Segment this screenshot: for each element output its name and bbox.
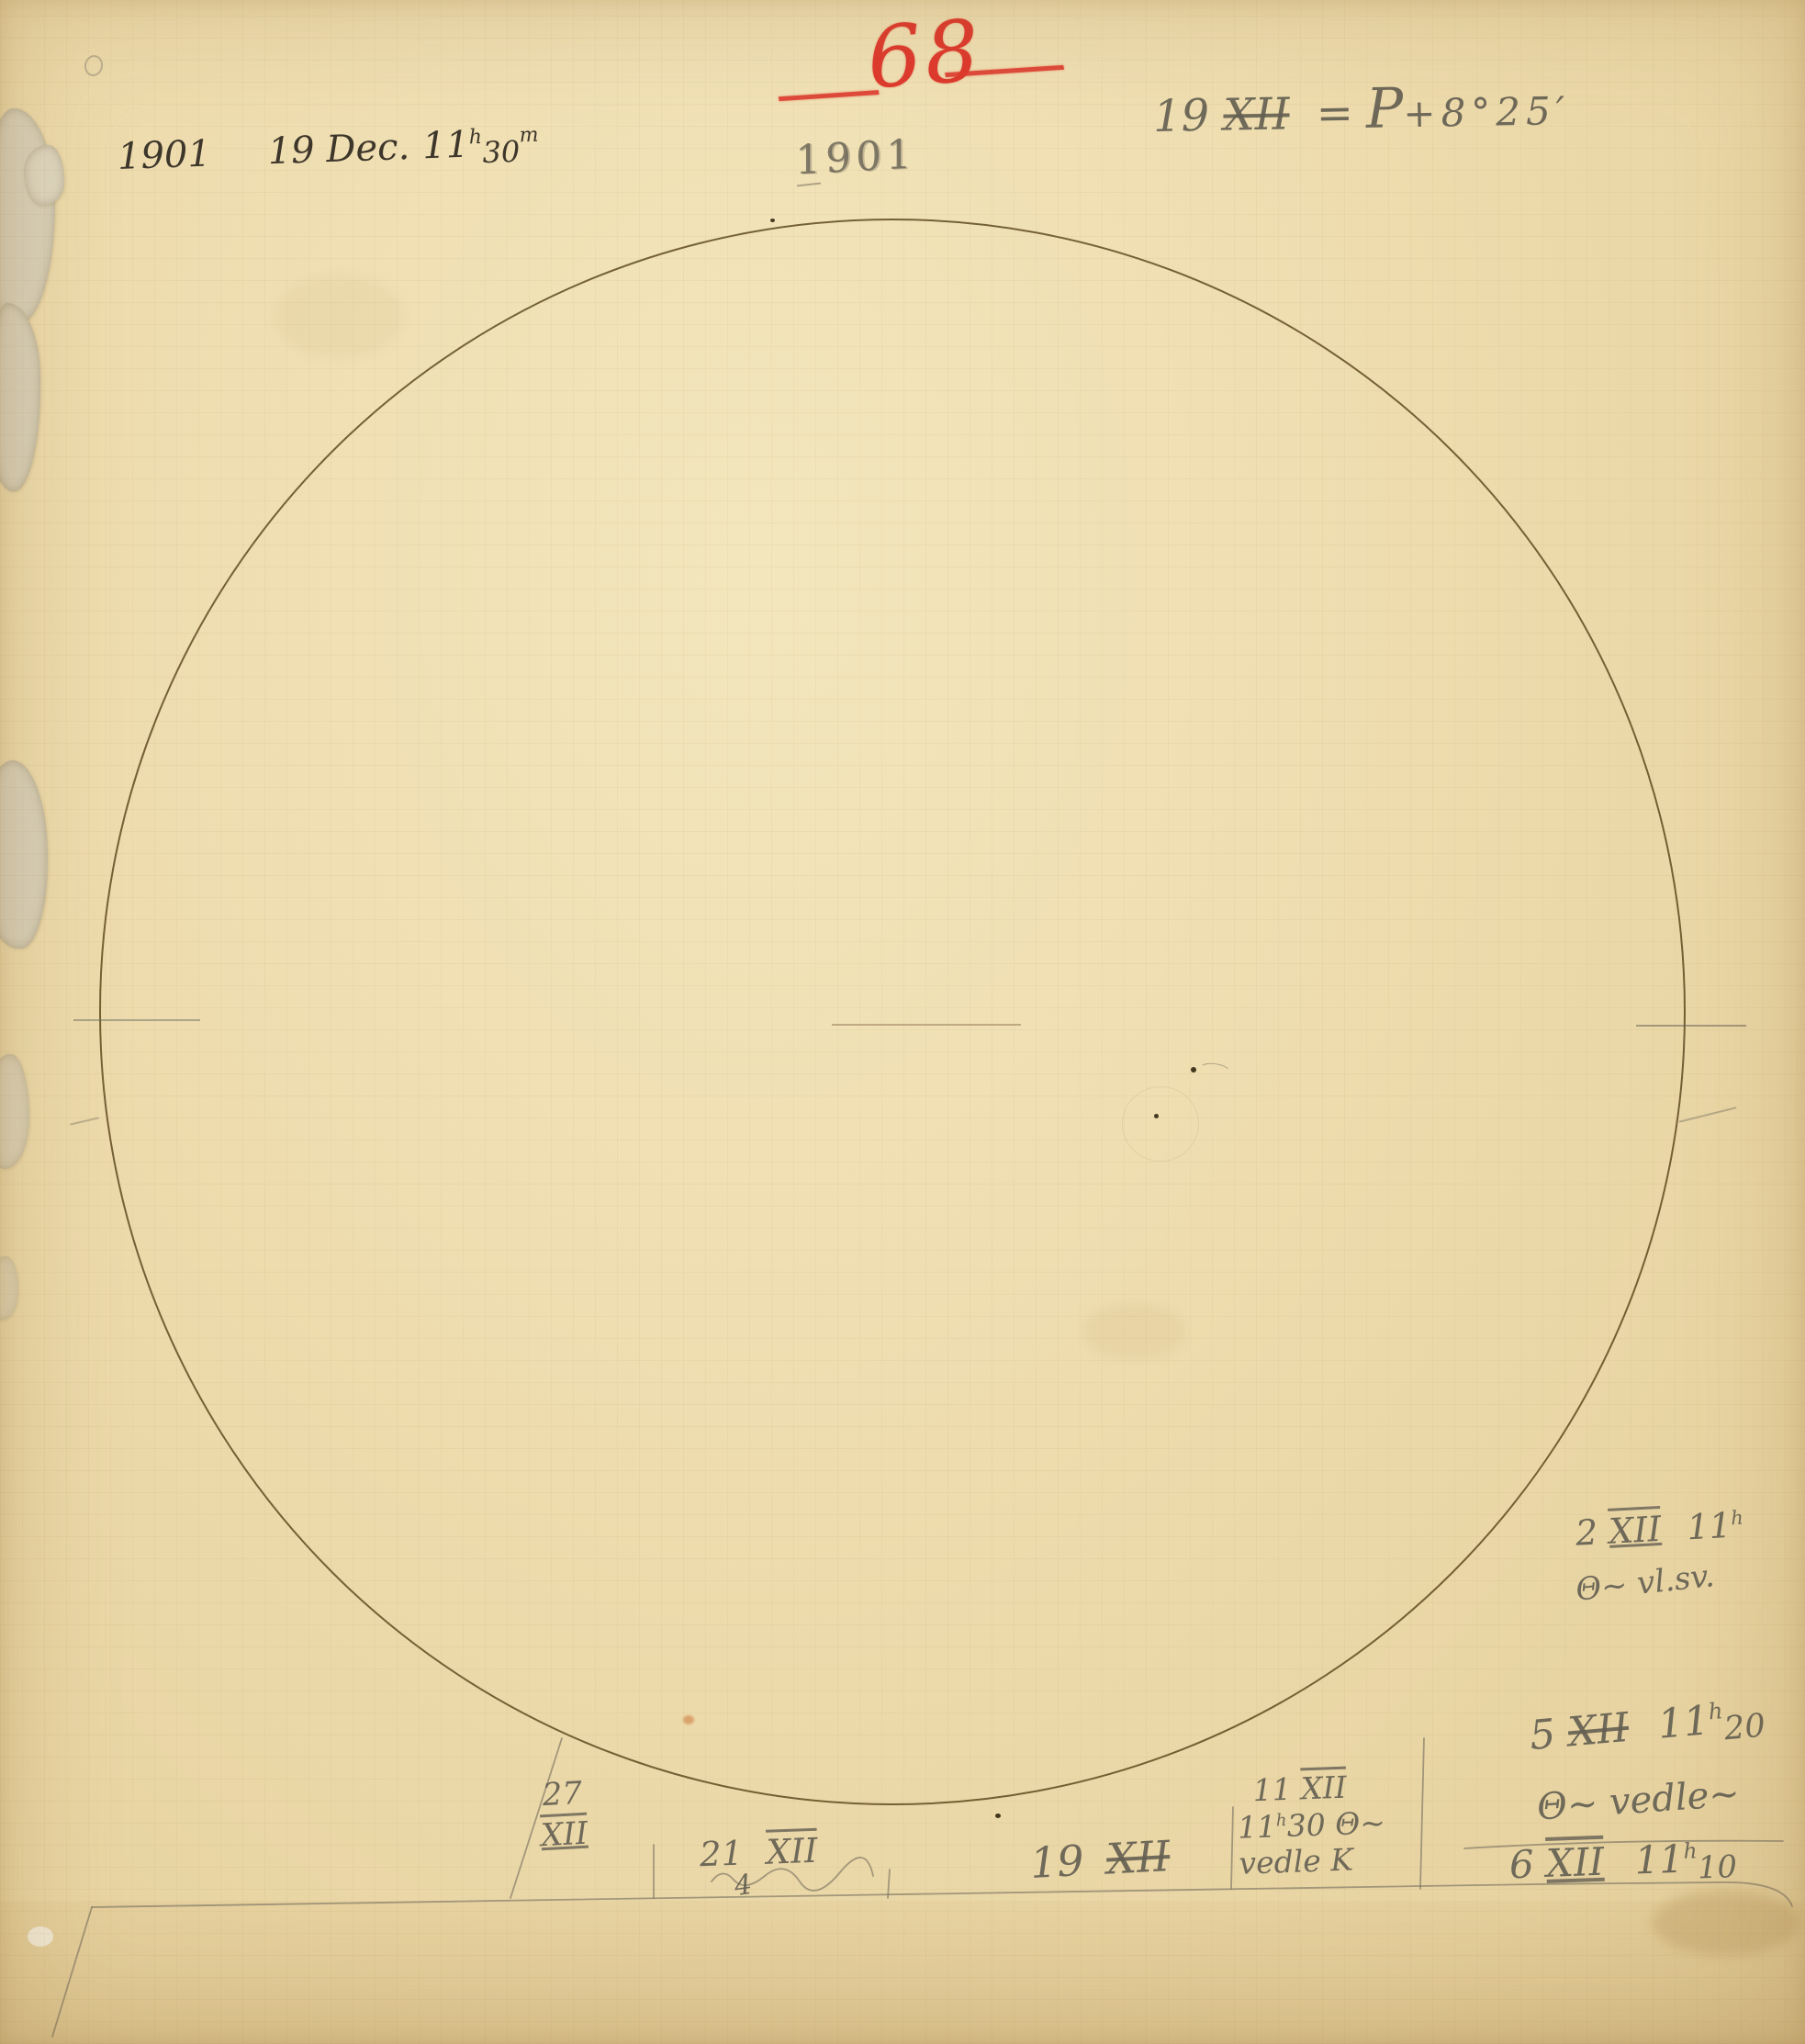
note-month: XII (1545, 1839, 1605, 1886)
observation-hour: 11 (421, 124, 469, 168)
observation-day-month: 19 Dec. (267, 126, 410, 173)
note-sun-symbol: Θ~ (1334, 1804, 1385, 1842)
note-time: 11 (1656, 1697, 1711, 1748)
note-11-xii-line2: 11h30 Θ~ (1237, 1804, 1385, 1846)
divider-vertical (1231, 1807, 1233, 1889)
note-time: 11 (1686, 1505, 1732, 1547)
note-time: 11 (1237, 1808, 1276, 1845)
speck-dot (1191, 1067, 1196, 1073)
equals-sign: = (1316, 87, 1353, 140)
speck-dot (770, 219, 775, 222)
equator-center-dash (832, 1024, 1021, 1026)
note-27-xii: 27 XII (538, 1773, 589, 1857)
note-6-xii: 6 XII 11h10 (1508, 1835, 1737, 1892)
divider-vertical (1420, 1738, 1424, 1889)
paper-damage-blob (0, 1256, 18, 1320)
solar-disk-circle (99, 219, 1686, 1805)
note-time-unit: h (1275, 1811, 1286, 1830)
note-11-xii-line1: 11 XII (1252, 1768, 1385, 1809)
paper-damage-blob (0, 760, 48, 949)
scanned-observation-sheet: 190119 Dec.11h30m — 68 — 1901 19 XII =P+… (0, 0, 1805, 2044)
note-11-xii-line3: vedle K (1239, 1840, 1387, 1881)
note-2-xii: 2 XII 11h (1575, 1504, 1744, 1554)
corner-diagonal-left (52, 1907, 92, 2037)
observation-date: 190119 Dec.11h30m (117, 121, 539, 183)
note-21-xii: 21 XII (699, 1831, 818, 1874)
paper-damage-blob (0, 108, 55, 324)
note-month: XII (1608, 1509, 1662, 1552)
note-minutes: 20 (1722, 1707, 1766, 1748)
minute-unit: m (519, 124, 539, 148)
position-angle-symbol: P (1365, 76, 1404, 141)
erased-ring-ghost (1122, 1086, 1199, 1162)
note-month: XII (1105, 1831, 1172, 1884)
observation-year: 1901 (117, 132, 211, 178)
note-2-xii-line2: Θ~ vl.sv. (1574, 1557, 1716, 1609)
paper-stain (275, 275, 404, 358)
note-time-unit: h (1683, 1839, 1698, 1864)
paper-damage-blob (0, 1054, 29, 1169)
note-day: 2 (1575, 1512, 1598, 1554)
note-month: XII (540, 1814, 589, 1857)
note-month: XII (766, 1831, 818, 1872)
observation-minute: 30 (482, 134, 521, 170)
note-day: 11 (1252, 1771, 1292, 1808)
paper-damage-blob (24, 145, 64, 206)
small-ring-mark (83, 53, 105, 78)
diagonal-tick-right (1679, 1106, 1737, 1122)
note-day: 19 (1029, 1836, 1085, 1888)
note-day: 27 (538, 1773, 587, 1816)
note-day: 21 (699, 1834, 744, 1875)
paper-damage-blob (0, 303, 40, 491)
hour-unit: h (468, 126, 482, 149)
note-day: 5 (1528, 1711, 1557, 1759)
orientation-month: XII (1223, 88, 1290, 140)
year-stamp: 1901 (795, 131, 916, 185)
orientation-note: 19 XII =P+8°25′ (1152, 73, 1570, 145)
note-time: 11 (1634, 1836, 1685, 1883)
diagonal-tick-left (70, 1117, 99, 1125)
position-angle-value: +8°25′ (1403, 88, 1571, 136)
note-19-xii: 19 XII (1029, 1831, 1172, 1888)
note-month: XII (1300, 1769, 1347, 1807)
equator-tick-left (73, 1019, 200, 1021)
note-month: XII (1566, 1704, 1631, 1757)
orientation-day: 19 (1153, 90, 1210, 142)
note-minutes: 30 (1286, 1806, 1326, 1843)
note-11-xii: 11 XII 11h30 Θ~ vedle K (1236, 1768, 1387, 1881)
note-minutes: 10 (1697, 1848, 1737, 1885)
equator-tick-right (1636, 1025, 1746, 1027)
page-number-dash-right: — (929, 21, 1078, 109)
note-day: 6 (1508, 1841, 1534, 1887)
note-time-unit: h (1708, 1698, 1724, 1724)
note-time-unit: h (1731, 1507, 1744, 1530)
